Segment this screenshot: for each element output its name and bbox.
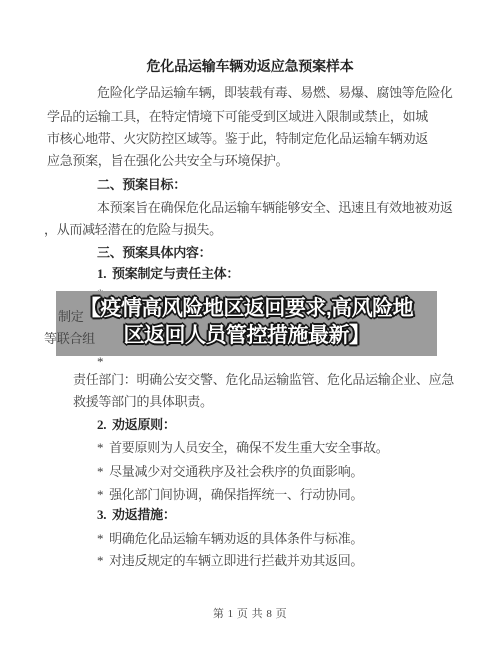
bullet-asterisk: *	[97, 354, 103, 369]
document-title: 危化品运输车辆劝返应急预案样本	[0, 56, 500, 76]
intro-paragraph-line: 市核心地带、火灾防控区域等。鉴于此，特制定危化品运输车辆劝返	[47, 131, 428, 146]
document-page: 危化品运输车辆劝返应急预案样本 危险化学品运输车辆，即装载有毒、易燃、易爆、腐蚀…	[0, 0, 500, 647]
bullet-item: * 明确危化品运输车辆劝返的具体条件与标准。	[97, 531, 363, 546]
subheading-responsibility: 1. 预案制定与责任主体：	[97, 266, 239, 281]
intro-paragraph-line: 学品的运输工具，在特定情境下可能受到区域进入限制或禁止，如城	[47, 109, 428, 124]
subheading-principles: 2. 劝返原则：	[97, 417, 176, 432]
section-heading-content: 三、预案具体内容：	[97, 245, 211, 260]
ad-overlay-text-line1: 【疫情高风险地区返回要求,高风险地	[56, 295, 437, 322]
ad-overlay-text-line2: 区返回人员管控措施最新】	[56, 322, 437, 349]
bullet-item: * 对违反规定的车辆立即进行拦截并劝其返回。	[97, 553, 363, 568]
bullet-item: * 尽量减少对交通秩序及社会秩序的负面影响。	[97, 464, 363, 479]
page-number-footer: 第 1 页 共 8 页	[0, 605, 500, 621]
ad-overlay-link[interactable]: 【疫情高风险地区返回要求,高风险地 区返回人员管控措施最新】	[56, 295, 437, 349]
intro-paragraph-line: 应急预案，旨在强化公共安全与环境保护。	[47, 153, 288, 168]
subheading-measures: 3. 劝返措施：	[97, 507, 176, 522]
responsibility-paragraph-line: 责任部门：明确公安交警、危化品运输监管、危化品运输企业、应急	[73, 372, 454, 387]
goals-paragraph-line: 本预案旨在确保危化品运输车辆能够安全、迅速且有效地被劝返	[97, 200, 453, 215]
responsibility-paragraph-line: 救援等部门的具体职责。	[73, 394, 213, 409]
bullet-item: * 强化部门间协调，确保指挥统一、行动协同。	[97, 487, 363, 502]
section-heading-goals: 二、预案目标：	[97, 177, 186, 192]
bullet-item: * 首要原则为人员安全，确保不发生重大安全事故。	[97, 440, 389, 455]
intro-paragraph-line: 危险化学品运输车辆，即装载有毒、易燃、易爆、腐蚀等危险化	[97, 85, 453, 100]
goals-paragraph-line: ，从而减轻潜在的危险与损失。	[44, 222, 222, 237]
